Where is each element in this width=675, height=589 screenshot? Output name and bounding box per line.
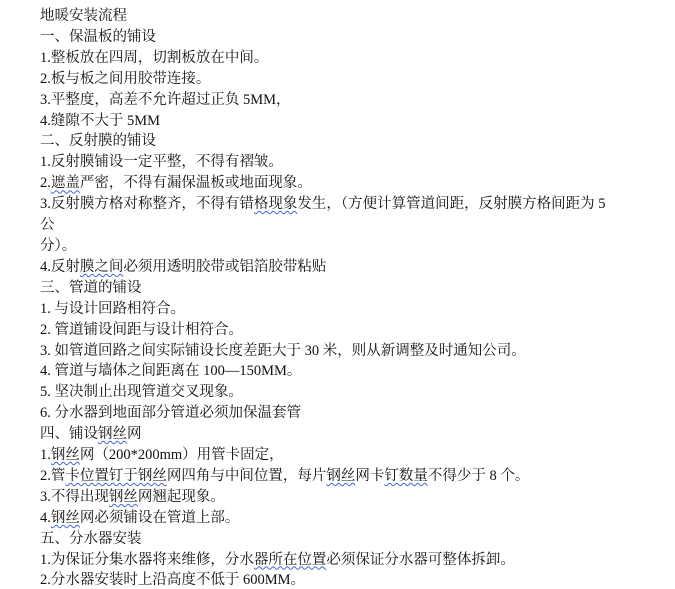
- text-segment: 2.分水器安装时上沿高度不低于 600MM。: [40, 572, 305, 588]
- spellcheck-underlined-text: 膜之间: [80, 259, 124, 275]
- text-segment: 1.整板放在四周，切割板放在中间。: [40, 50, 268, 66]
- text-segment: 必须用透明胶带或铝箔胶带粘贴: [123, 259, 326, 275]
- text-segment: 必须保证分水器可整体拆卸。: [326, 552, 515, 568]
- text-segment: 地暖安装流程: [40, 8, 127, 24]
- text-segment: 一、保温板的铺设: [40, 29, 156, 45]
- text-line: 四、铺设钢丝网: [40, 424, 657, 445]
- text-line: 4.钢丝网必须铺设在管道上部。: [40, 508, 657, 529]
- text-line: 1. 与设计回路相符合。: [40, 299, 657, 320]
- text-line: 1.反射膜铺设一定平整，不得有褶皱。: [40, 152, 657, 173]
- text-segment: 网翘起现象。: [138, 489, 225, 505]
- text-line: 2.管卡位置钉于钢丝网四角与中间位置，每片钢丝网卡钉数量不得少于 8 个。: [40, 466, 657, 487]
- text-line: 3.平整度，高差不允许超过正负 5MM，: [40, 90, 657, 111]
- spellcheck-underlined-text: 格现象: [254, 196, 298, 212]
- document-body: 地暖安装流程一、保温板的铺设1.整板放在四周，切割板放在中间。2.板与板之间用胶…: [40, 6, 657, 589]
- text-segment: 发生，（方便计算管道间距，反射膜方格间距为 5: [297, 196, 605, 212]
- text-segment: 分）。: [40, 238, 76, 254]
- text-line: 1.为保证分集水器将来维修，分水器所在位置必须保证分水器可整体拆卸。: [40, 550, 657, 571]
- spellcheck-underlined-text: 器所在位置: [254, 552, 327, 568]
- text-line: 1.钢丝网（200*200mm）用管卡固定，: [40, 445, 657, 466]
- text-line: 二、反射膜的铺设: [40, 131, 657, 152]
- text-segment: 3.不得出现: [40, 489, 109, 505]
- text-segment: 二、反射膜的铺设: [40, 133, 156, 149]
- text-segment: 4.反射: [40, 259, 80, 275]
- spellcheck-underlined-text: 钉数量: [384, 468, 428, 484]
- text-segment: 1.: [40, 447, 51, 463]
- text-line: 4. 管道与墙体之间距离在 100—150MM。: [40, 361, 657, 382]
- text-segment: 2.管: [40, 468, 65, 484]
- text-segment: 2. 管道铺设间距与设计相符合。: [40, 322, 243, 338]
- spellcheck-underlined-text: 遮盖: [51, 175, 80, 191]
- text-segment: 网卡: [355, 468, 384, 484]
- text-line: 3.反射膜方格对称整齐，不得有错格现象发生，（方便计算管道间距，反射膜方格间距为…: [40, 194, 657, 215]
- text-segment: 4.缝隙不大于 5MM: [40, 113, 160, 129]
- spellcheck-underlined-text: 钢丝: [326, 468, 355, 484]
- text-line: 分）。: [40, 236, 657, 257]
- text-segment: 网必须铺设在管道上部。: [80, 510, 240, 526]
- text-segment: 3.平整度，高差不允许超过正负 5MM，: [40, 92, 291, 108]
- text-segment: 1.为保证分集水器将来维修，分水: [40, 552, 254, 568]
- text-segment: 网（200*200mm）用管卡固定，: [80, 447, 284, 463]
- spellcheck-underlined-text: 卡位置钉于钢丝: [65, 468, 167, 484]
- text-line: 三、管道的铺设: [40, 278, 657, 299]
- text-line: 2.板与板之间用胶带连接。: [40, 69, 657, 90]
- text-line: 2.分水器安装时上沿高度不低于 600MM。: [40, 570, 657, 589]
- text-segment: 3. 如管道回路之间实际铺设长度差距大于 30 米，则从新调整及时通知公司。: [40, 343, 526, 359]
- text-line: 3.不得出现钢丝网翘起现象。: [40, 487, 657, 508]
- spellcheck-underlined-text: 钢丝: [51, 510, 80, 526]
- text-segment: 4.: [40, 510, 51, 526]
- document-page: 地暖安装流程一、保温板的铺设1.整板放在四周，切割板放在中间。2.板与板之间用胶…: [0, 0, 675, 589]
- text-line: 6. 分水器到地面部分管道必须加保温套管: [40, 403, 657, 424]
- text-segment: 5. 坚决制止出现管道交叉现象。: [40, 384, 243, 400]
- text-line: 一、保温板的铺设: [40, 27, 657, 48]
- text-segment: 4. 管道与墙体之间距离在 100—150MM。: [40, 363, 301, 379]
- spellcheck-underlined-text: 钢丝: [51, 447, 80, 463]
- spellcheck-underlined-text: 钢丝: [109, 489, 138, 505]
- text-line: 地暖安装流程: [40, 6, 657, 27]
- text-segment: 1.反射膜铺设一定平整，不得有褶皱。: [40, 154, 283, 170]
- text-segment: 2.板与板之间用胶带连接。: [40, 71, 210, 87]
- text-segment: 网: [127, 426, 142, 442]
- text-line: 五、分水器安装: [40, 529, 657, 550]
- text-segment: 四、铺设: [40, 426, 98, 442]
- text-line: 4.缝隙不大于 5MM: [40, 111, 657, 132]
- text-segment: 3.反射膜方格对称整齐，不得有错: [40, 196, 254, 212]
- text-line: 公: [40, 215, 657, 236]
- text-line: 5. 坚决制止出现管道交叉现象。: [40, 382, 657, 403]
- text-line: 4.反射膜之间必须用透明胶带或铝箔胶带粘贴: [40, 257, 657, 278]
- text-segment: 三、管道的铺设: [40, 280, 142, 296]
- text-segment: 网四角与中间位置，每片: [167, 468, 327, 484]
- text-segment: 不得少于 8 个。: [428, 468, 530, 484]
- text-segment: 严密，不得有漏保温板或地面现象。: [80, 175, 312, 191]
- text-segment: 公: [40, 217, 55, 233]
- text-segment: 五、分水器安装: [40, 531, 142, 547]
- text-line: 1.整板放在四周，切割板放在中间。: [40, 48, 657, 69]
- text-line: 3. 如管道回路之间实际铺设长度差距大于 30 米，则从新调整及时通知公司。: [40, 341, 657, 362]
- text-segment: 2.: [40, 175, 51, 191]
- text-line: 2. 管道铺设间距与设计相符合。: [40, 320, 657, 341]
- text-segment: 6. 分水器到地面部分管道必须加保温套管: [40, 405, 301, 421]
- text-line: 2.遮盖严密，不得有漏保温板或地面现象。: [40, 173, 657, 194]
- spellcheck-underlined-text: 钢丝: [98, 426, 127, 442]
- text-segment: 1. 与设计回路相符合。: [40, 301, 185, 317]
